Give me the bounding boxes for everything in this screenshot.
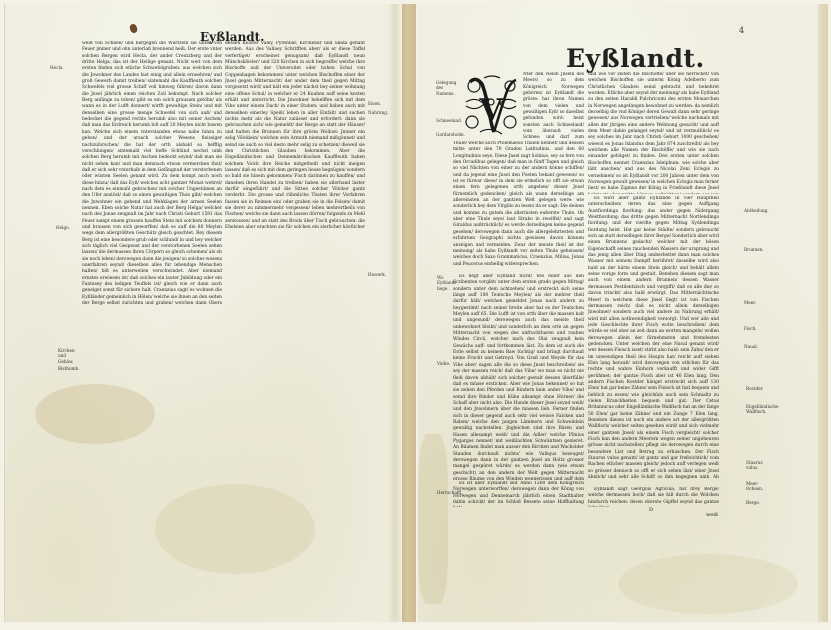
paragraph: Es ist aber Eyßlandt seit Anno 1260 dem … bbox=[453, 481, 584, 507]
margin-note: Helgo. bbox=[56, 225, 82, 230]
paragraph: Nter den vielen Jnseln des Meers/ so zu … bbox=[523, 72, 584, 140]
margin-note: Kirchen und Gebäw. bbox=[58, 348, 78, 364]
paragraph: Es liegt aber Eyßland nicht/ wie einer a… bbox=[453, 274, 584, 480]
margin-note: Meer. bbox=[744, 300, 770, 305]
book-spread: Eyßlandt. weiß von Schnee/ und hergegen … bbox=[0, 0, 831, 630]
paper-stain bbox=[35, 384, 155, 444]
margin-note: Rostder. bbox=[746, 386, 772, 391]
catchword: weiß bbox=[706, 512, 718, 518]
margin-note: Naual. bbox=[744, 344, 770, 349]
binding-strip bbox=[402, 4, 416, 622]
margin-note: Hawerk. bbox=[368, 272, 394, 277]
margin-note: Brunnen. bbox=[744, 247, 770, 252]
margin-note: Berge. bbox=[746, 500, 772, 505]
paragraph: weiß von Schnee/ und hergegen die Wurtze… bbox=[82, 41, 222, 305]
margin-note: Hecla. bbox=[50, 65, 76, 70]
left-page-column-1: weiß von Schnee/ und hergegen die Wurtze… bbox=[82, 41, 222, 305]
svg-text:V: V bbox=[478, 93, 503, 128]
page-number: 4 bbox=[739, 26, 744, 35]
gutter-fold bbox=[388, 4, 402, 622]
margin-note: Engelländische Wallfisch. bbox=[746, 404, 770, 415]
margin-note: Staurus vulus. bbox=[746, 460, 766, 471]
right-page-column-2-end: Eyßlandt sagt Georgius Agricola, hat dre… bbox=[588, 487, 719, 507]
margin-note: Gardarsholm. bbox=[436, 132, 458, 137]
decorated-initial-v-icon: V bbox=[462, 72, 520, 138]
margin-note: Eisen. bbox=[368, 101, 394, 106]
signature-mark: D bbox=[649, 507, 653, 513]
paragraph: und wie vor zeiten die Bischöffe/ über s… bbox=[588, 72, 719, 194]
margin-note: Abtheilung. bbox=[744, 208, 764, 213]
intro-text: Nter den vielen Jnseln des Meers/ so zu … bbox=[523, 72, 584, 140]
margin-note: Wo Eyßlandt liege. bbox=[437, 275, 457, 291]
right-page-column-2: und wie vor zeiten die Bischöffe/ über s… bbox=[588, 72, 719, 194]
right-page-column-1-cont: Es liegt aber Eyßland nicht/ wie einer a… bbox=[453, 274, 584, 480]
page-edge bbox=[818, 4, 828, 622]
paper-stain bbox=[618, 554, 798, 614]
margin-note: Nahrung. bbox=[368, 110, 394, 115]
paper-stain bbox=[418, 434, 448, 604]
running-head-right: Eyßlandt. bbox=[566, 44, 705, 73]
left-page-column-2: dessen Klöster Valey, Pyrenbar, Kircheba… bbox=[225, 41, 365, 231]
margin-note: Bisthumb. bbox=[58, 366, 78, 371]
margin-note: Gelegung des Namens. bbox=[436, 80, 458, 96]
right-page-column-1: Thule/ welche auch Ptolemaeus Thulen nen… bbox=[453, 141, 584, 272]
paragraph: dessen Klöster Valey, Pyrenbar, Kircheba… bbox=[225, 41, 365, 231]
margin-note: Fisch. bbox=[744, 326, 770, 331]
ink-blot bbox=[129, 23, 139, 34]
paper-stain bbox=[155, 484, 315, 574]
margin-note: Herrschafft. bbox=[437, 490, 453, 495]
margin-note: Viehe. bbox=[437, 361, 457, 366]
margin-note: Meer-Ochsen. bbox=[746, 481, 766, 492]
right-page-column-2-cont: Es wird aber gantz Eyßlande in vier Haup… bbox=[588, 196, 719, 480]
right-page-column-1-end: Es ist aber Eyßlandt seit Anno 1260 dem … bbox=[453, 481, 584, 507]
margin-note: Schneeland. bbox=[436, 118, 458, 123]
paragraph: Thule/ welche auch Ptolemaeus Thulen nen… bbox=[453, 141, 584, 268]
paragraph: Eyßlandt sagt Georgius Agricola, hat dre… bbox=[588, 487, 719, 507]
paragraph: Es wird aber gantz Eyßlande in vier Haup… bbox=[588, 196, 719, 480]
